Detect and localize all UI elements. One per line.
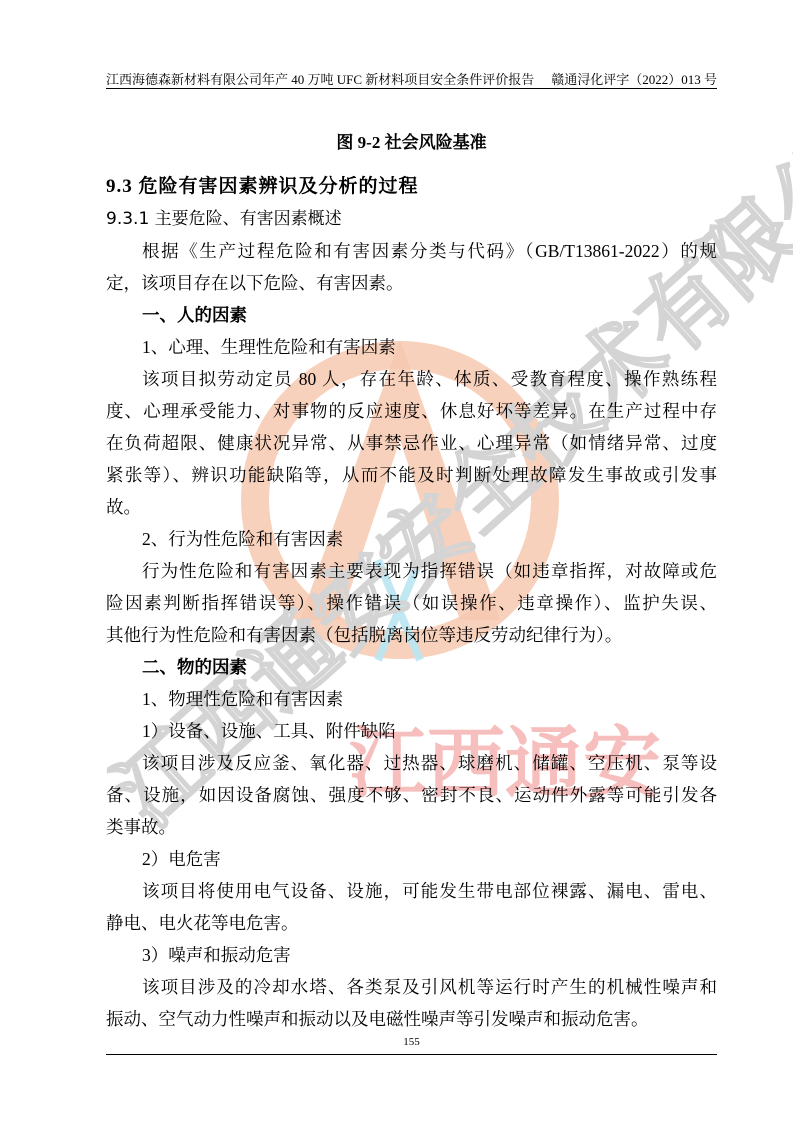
part1-title: 一、人的因素 xyxy=(142,304,247,326)
paragraph-line: 在负荷超限、健康状况异常、从事禁忌作业、心理异常（如情绪异常、过度 xyxy=(106,432,717,454)
paragraph-line: 紧张等）、辨识功能缺陷等，从而不能及时判断处理故障发生事故或引发事 xyxy=(106,464,717,486)
figure-caption: 图 9-2 社会风险基准 xyxy=(106,132,717,154)
paragraph-line: 静电、电火花等电危害。 xyxy=(106,912,299,934)
page-footer: 155 xyxy=(106,1036,717,1055)
part1-item2-title: 2、行为性危险和有害因素 xyxy=(142,528,343,550)
paragraph-line: 该项目涉及反应釜、氧化器、过热器、球磨机、储罐、空压机、泵等设 xyxy=(142,752,717,774)
part2-sub3-title: 3）噪声和振动危害 xyxy=(142,944,291,966)
intro-line-1: 根据《生产过程危险和有害因素分类与代码》（GB/T13861-2022）的规 xyxy=(142,240,717,262)
part2-item1-title: 1、物理性危险和有害因素 xyxy=(142,688,343,710)
part1-item1-title: 1、心理、生理性危险和有害因素 xyxy=(142,336,396,358)
paragraph-line: 该项目涉及的冷却水塔、各类泵及引风机等运行时产生的机械性噪声和 xyxy=(142,976,717,998)
header-title: 江西海德森新材料有限公司年产 40 万吨 UFC 新材料项目安全条件评价报告 xyxy=(106,69,534,88)
paragraph-line: 度、心理承受能力、对事物的反应速度、休息好坏等差异。在生产过程中存 xyxy=(106,400,717,422)
paragraph-line: 其他行为性危险和有害因素（包括脱离岗位等违反劳动纪律行为）。 xyxy=(106,624,622,646)
paragraph-line: 类事故。 xyxy=(106,816,176,838)
paragraph-line: 振动、空气动力性噪声和振动以及电磁性噪声等引发噪声和振动危害。 xyxy=(106,1008,649,1030)
paragraph-line: 故。 xyxy=(106,496,141,518)
paragraph-line: 备、设施，如因设备腐蚀、强度不够、密封不良、运动件外露等可能引发各 xyxy=(106,784,717,806)
section-heading: 9.3 危险有害因素辨识及分析的过程 xyxy=(106,176,419,198)
paragraph-line: 该项目拟劳动定员 80 人，存在年龄、体质、受教育程度、操作熟练程 xyxy=(142,368,717,390)
paragraph-line: 行为性危险和有害因素主要表现为指挥错误（如违章指挥，对故障或危 xyxy=(142,560,717,582)
page-header: 江西海德森新材料有限公司年产 40 万吨 UFC 新材料项目安全条件评价报告 赣… xyxy=(106,66,717,89)
header-doc-number: 赣通浔化评字（2022）013 号 xyxy=(551,69,717,88)
subsection-heading: 9.3.1 主要危险、有害因素概述 xyxy=(106,208,342,230)
part2-sub1-title: 1）设备、设施、工具、附件缺陷 xyxy=(142,720,396,742)
part2-title: 二、物的因素 xyxy=(142,656,247,678)
paragraph-line: 该项目将使用电气设备、设施，可能发生带电部位裸露、漏电、雷电、 xyxy=(142,880,717,902)
intro-line-2: 定，该项目存在以下危险、有害因素。 xyxy=(106,272,404,294)
page-number: 155 xyxy=(403,1036,420,1048)
document-page: 江西通安 江西通安安全技术有限公司 江西海德森新材料有限公司年产 40 万吨 U… xyxy=(0,0,793,1122)
part2-sub2-title: 2）电危害 xyxy=(142,848,221,870)
paragraph-line: 险因素判断指挥错误等）、操作错误（如误操作、违章操作）、监护失误、 xyxy=(106,592,717,614)
